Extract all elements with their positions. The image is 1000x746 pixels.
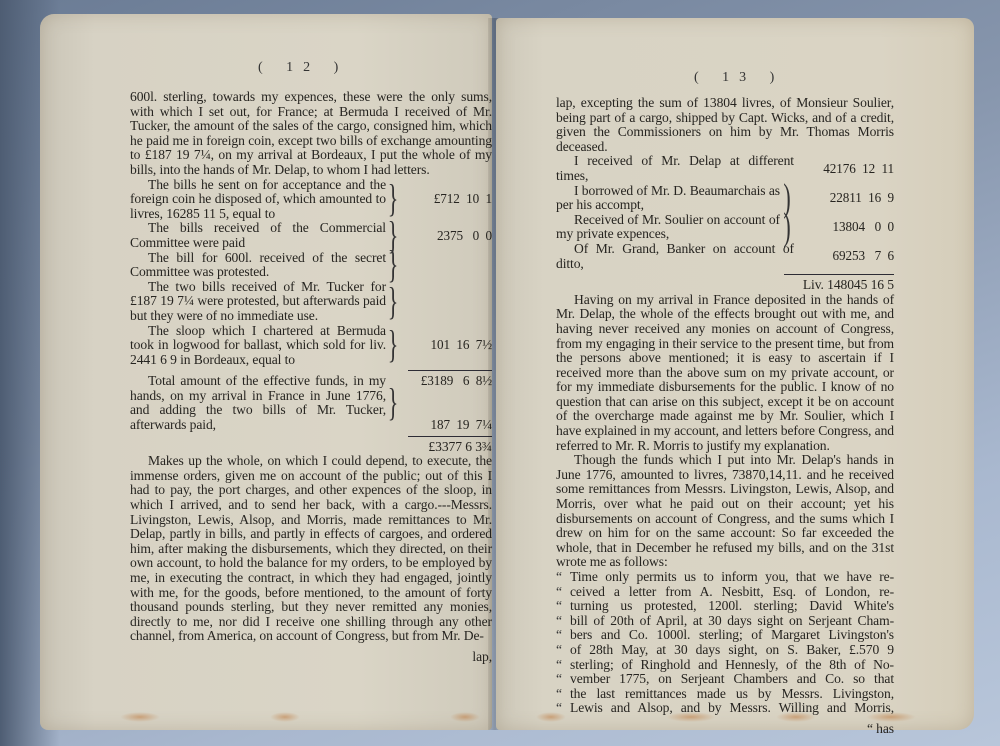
quote-line: “of 28th May, at 30 days sight, on S. Ba… (556, 643, 894, 658)
entry-label: I received of Mr. Delap at different tim… (556, 154, 794, 183)
quote-line: “ceived a letter from A. Nesbitt, Esq. o… (556, 585, 894, 600)
foxing-stain (666, 712, 716, 722)
account-entry: The bill for 600l. received of the secre… (130, 251, 492, 280)
brace-icon: } (386, 333, 400, 358)
foxing-stain (866, 712, 916, 722)
quote-mark: “ (556, 614, 570, 629)
account-entry: The bills received of the Commercial Com… (130, 221, 492, 250)
entry-amount: 42176 12 11 (794, 162, 894, 177)
entry-label: The bills he sent on for acceptance and … (130, 178, 386, 222)
account-entry: The sloop which I chartered at Bermuda t… (130, 324, 492, 368)
right-page-text: lap, excepting the sum of 13804 livres, … (556, 96, 894, 737)
opening-paragraph: lap, excepting the sum of 13804 livres, … (556, 96, 894, 154)
brace-icon: } (386, 253, 400, 278)
opening-paragraph: 600l. sterling, towards my expences, the… (130, 90, 492, 178)
catchword: lap, (130, 650, 492, 665)
quote-mark: “ (556, 672, 570, 687)
livre-entry: Of Mr. Grand, Banker on account of ditto… (556, 242, 894, 271)
foxing-stain (776, 712, 816, 722)
livre-total: Liv. 148045 16 5 (556, 278, 894, 293)
addition-amount: 187 19 7¼ (430, 417, 492, 432)
brace-icon: } (386, 391, 400, 416)
quote-mark: “ (556, 599, 570, 614)
quote-text: Lewis and Alsop, and by Messrs. Willing … (570, 701, 894, 716)
brace-icon: } (386, 289, 400, 314)
quoted-letter: “Time only permits us to inform you, tha… (556, 570, 894, 716)
foxing-stain (450, 712, 480, 722)
quote-text: vember 1775, on Serjeant Chambers and Co… (570, 672, 894, 687)
entry-label: The two bills received of Mr. Tucker for… (130, 280, 386, 324)
quote-mark: “ (556, 628, 570, 643)
quote-line: “the last remittances made us by Messrs.… (556, 687, 894, 702)
brace-icon: } (386, 187, 400, 212)
page-number-12: ( 12 ) (258, 60, 348, 76)
entry-amount: 22811 16 9 (794, 191, 894, 206)
entry-label: Of Mr. Grand, Banker on account of ditto… (556, 242, 794, 271)
quote-text: bill of 20th of April, at 30 days sight … (570, 614, 894, 629)
foxing-stain (270, 712, 300, 722)
quote-line: “Time only permits us to inform you, tha… (556, 570, 894, 585)
quote-line: “vember 1775, on Serjeant Chambers and C… (556, 672, 894, 687)
quote-line: “Lewis and Alsop, and by Messrs. Willing… (556, 701, 894, 716)
grand-total: £3377 6 3¾ (130, 440, 492, 455)
paragraph-deposit: Having on my arrival in France deposited… (556, 293, 894, 454)
page-number-13: ( 13 ) (694, 70, 784, 86)
quote-mark: “ (556, 687, 570, 702)
quote-mark: “ (556, 570, 570, 585)
catchword: “ has (556, 722, 894, 737)
quote-text: turning us protested, 1200l. sterling; D… (570, 599, 894, 614)
quote-text: bers and Co. 1000l. sterling; of Margare… (570, 628, 894, 643)
left-page: ( 12 ) 600l. sterling, towards my expenc… (40, 14, 492, 730)
entry-label: The sloop which I chartered at Bermuda t… (130, 324, 386, 368)
paragraph-funds: Though the funds which I put into Mr. De… (556, 453, 894, 570)
entry-amount: 13804 0 0 (794, 220, 894, 235)
entry-label: The bill for 600l. received of the secre… (130, 251, 386, 280)
entry-amount: 69253 7 6 (794, 249, 894, 264)
livre-entry: Received of Mr. Soulier on account of my… (556, 213, 894, 242)
entry-label: Received of Mr. Soulier on account of my… (556, 213, 780, 242)
foxing-stain (536, 712, 566, 722)
entry-label: The bills received of the Commercial Com… (130, 221, 386, 250)
quote-text: ceived a letter from A. Nesbitt, Esq. of… (570, 585, 894, 600)
quote-line: “turning us protested, 1200l. sterling; … (556, 599, 894, 614)
left-page-text: 600l. sterling, towards my expences, the… (130, 90, 492, 665)
account-entry: The two bills received of Mr. Tucker for… (130, 280, 492, 324)
brace-icon: ) (780, 215, 794, 240)
quote-text: Time only permits us to inform you, that… (570, 570, 894, 585)
entry-amount: 2375 0 0 (400, 229, 492, 244)
quote-mark: “ (556, 643, 570, 658)
quote-mark: “ (556, 658, 570, 673)
quote-text: sterling; of Ringhold and Hennesly, of t… (570, 658, 894, 673)
total-label: Total amount of the effective funds, in … (130, 374, 386, 432)
quote-text: of 28th May, at 30 days sight, on S. Bak… (570, 643, 894, 658)
foxing-stain (120, 712, 160, 722)
total-amounts: £3189 6 8½187 19 7¼ (400, 374, 492, 432)
subtotal-amount: £3189 6 8½ (421, 373, 492, 388)
entry-amount: £712 10 1 (400, 192, 492, 207)
quote-mark: “ (556, 585, 570, 600)
quote-line: “sterling; of Ringhold and Hennesly, of … (556, 658, 894, 673)
account-entry: The bills he sent on for acceptance and … (130, 178, 492, 222)
closing-paragraph: Makes up the whole, on which I could dep… (130, 454, 492, 644)
quote-line: “bers and Co. 1000l. sterling; of Margar… (556, 628, 894, 643)
entry-amount: 101 16 7½ (400, 338, 492, 353)
livre-entry: I borrowed of Mr. D. Beaumarchais as per… (556, 184, 894, 213)
right-page: ( 13 ) lap, excepting the sum of 13804 l… (496, 18, 974, 730)
entry-label: I borrowed of Mr. D. Beaumarchais as per… (556, 184, 780, 213)
total-entry: Total amount of the effective funds, in … (130, 374, 492, 432)
quote-line: “bill of 20th of April, at 30 days sight… (556, 614, 894, 629)
quote-text: the last remittances made us by Messrs. … (570, 687, 894, 702)
livre-entry: I received of Mr. Delap at different tim… (556, 154, 894, 183)
